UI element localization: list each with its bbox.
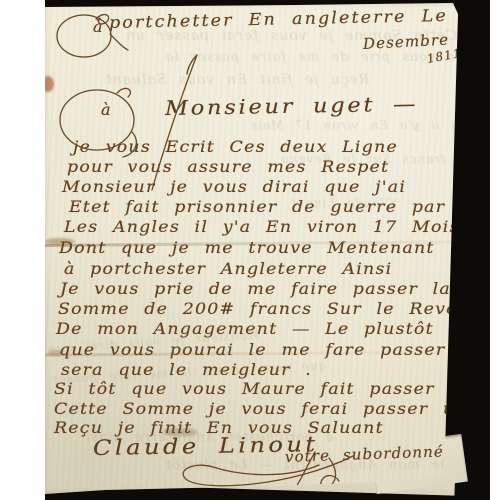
letter-line: Etet fait prisonnier de guerre par bbox=[69, 198, 445, 216]
letter-line: que vous pourai le me fare passer se bbox=[59, 341, 482, 359]
letter-line: Si tôt que vous Maure fait passer bbox=[54, 380, 435, 398]
letter-text: à portchetter En angleterre Le 24, Desem… bbox=[45, 0, 490, 500]
letter-line: Somme de 200# francs Sur le Revenu bbox=[58, 300, 483, 318]
letter-line: Les Angles il y'a En viron 17 Mois bbox=[64, 218, 460, 236]
letter-line: Cette Somme je vous ferai passer un bbox=[54, 400, 468, 418]
dateline-month: Desembre En bbox=[363, 29, 486, 53]
letter-line: Dont que je me trouve Mentenant bbox=[59, 239, 435, 257]
letter-line: De mon Angagement — Le plustôt bbox=[56, 320, 434, 338]
dateline-prefix: à bbox=[93, 17, 104, 36]
letter-line: je vous Ecrit Ces deux Ligne bbox=[73, 138, 398, 156]
dateline-place: portchetter En angleterre Le 24, bbox=[109, 5, 490, 32]
letter-line: sera que le meigleur . bbox=[61, 361, 312, 379]
salutation: Monsieur uget — bbox=[165, 92, 419, 120]
letter-photograph: Cette Somme je vous ferai passer un Je v… bbox=[45, 0, 490, 500]
letter-line: à portchester Angleterre Ainsi bbox=[64, 260, 392, 278]
salutation-prefix: à bbox=[101, 100, 112, 119]
letter-line: Monsieur je vous dirai que j'ai bbox=[62, 178, 406, 196]
letter-line: pour vous assure mes Respet bbox=[67, 158, 389, 176]
letter-paper: Cette Somme je vous ferai passer un Je v… bbox=[45, 0, 490, 500]
letter-line: Je vous prie de me faire passer la bbox=[60, 280, 451, 298]
